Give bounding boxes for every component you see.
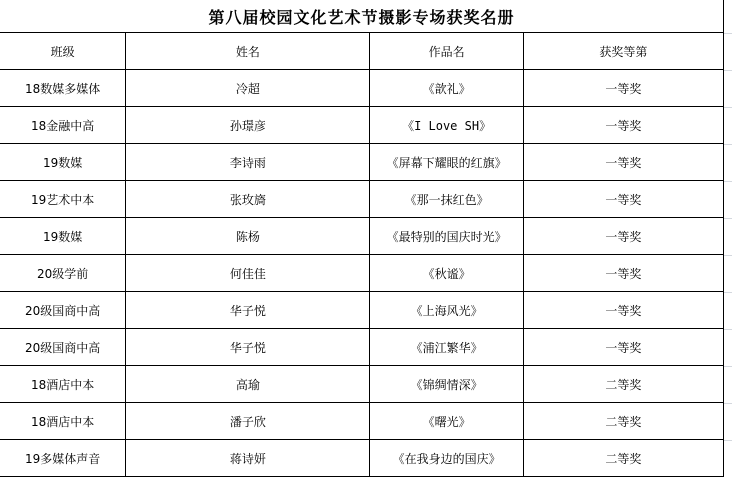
class-cell[interactable]: 19数媒 — [0, 218, 126, 255]
gridline — [724, 144, 732, 145]
adjacent-column-gridlines — [724, 0, 732, 477]
gridline — [724, 403, 732, 404]
work-cell[interactable]: 《那一抹红色》 — [370, 181, 523, 218]
name-cell[interactable]: 潘子欣 — [126, 403, 370, 440]
table-row: 19艺术中本 张玫旖 《那一抹红色》 一等奖 — [0, 181, 724, 218]
gridline — [724, 329, 732, 330]
name-cell[interactable]: 何佳佳 — [126, 255, 370, 292]
award-cell[interactable]: 一等奖 — [523, 329, 723, 366]
header-award[interactable]: 获奖等第 — [523, 33, 723, 70]
gridline — [724, 255, 732, 256]
award-cell[interactable]: 一等奖 — [523, 181, 723, 218]
work-cell[interactable]: 《最特别的国庆时光》 — [370, 218, 523, 255]
name-cell[interactable]: 张玫旖 — [126, 181, 370, 218]
name-cell[interactable]: 高瑜 — [126, 366, 370, 403]
work-cell[interactable]: 《锦绸情深》 — [370, 366, 523, 403]
work-cell[interactable]: 《上海风光》 — [370, 292, 523, 329]
header-row: 班级 姓名 作品名 获奖等第 — [0, 33, 724, 70]
name-cell[interactable]: 孙璟彦 — [126, 107, 370, 144]
spreadsheet: 第八届校园文化艺术节摄影专场获奖名册 班级 姓名 作品名 获奖等第 18数媒多媒… — [0, 0, 732, 477]
work-cell[interactable]: 《浦江繁华》 — [370, 329, 523, 366]
gridline — [724, 366, 732, 367]
name-cell[interactable]: 蒋诗妍 — [126, 440, 370, 477]
gridline — [724, 70, 732, 71]
table-row: 20级国商中高 华子悦 《上海风光》 一等奖 — [0, 292, 724, 329]
gridline — [724, 107, 732, 108]
award-cell[interactable]: 一等奖 — [523, 70, 723, 107]
table-row: 19多媒体声音 蒋诗妍 《在我身边的国庆》 二等奖 — [0, 440, 724, 477]
table-row: 18金融中高 孙璟彦 《I Love SH》 一等奖 — [0, 107, 724, 144]
gridline — [724, 218, 732, 219]
work-cell[interactable]: 《I Love SH》 — [370, 107, 523, 144]
name-cell[interactable]: 华子悦 — [126, 292, 370, 329]
class-cell[interactable]: 19数媒 — [0, 144, 126, 181]
table-row: 19数媒 陈杨 《最特别的国庆时光》 一等奖 — [0, 218, 724, 255]
award-cell[interactable]: 一等奖 — [523, 144, 723, 181]
header-name[interactable]: 姓名 — [126, 33, 370, 70]
award-cell[interactable]: 二等奖 — [523, 366, 723, 403]
table-row: 20级学前 何佳佳 《秋谧》 一等奖 — [0, 255, 724, 292]
gridline — [724, 33, 732, 34]
table-row: 20级国商中高 华子悦 《浦江繁华》 一等奖 — [0, 329, 724, 366]
award-cell[interactable]: 一等奖 — [523, 218, 723, 255]
sheet-title[interactable]: 第八届校园文化艺术节摄影专场获奖名册 — [0, 0, 724, 33]
class-cell[interactable]: 20级国商中高 — [0, 292, 126, 329]
table-row: 18酒店中本 潘子欣 《曙光》 二等奖 — [0, 403, 724, 440]
award-cell[interactable]: 二等奖 — [523, 403, 723, 440]
name-cell[interactable]: 华子悦 — [126, 329, 370, 366]
class-cell[interactable]: 18金融中高 — [0, 107, 126, 144]
award-cell[interactable]: 一等奖 — [523, 107, 723, 144]
class-cell[interactable]: 20级国商中高 — [0, 329, 126, 366]
class-cell[interactable]: 18酒店中本 — [0, 403, 126, 440]
work-cell[interactable]: 《秋谧》 — [370, 255, 523, 292]
table-row: 19数媒 李诗雨 《屏幕下耀眼的红旗》 一等奖 — [0, 144, 724, 181]
name-cell[interactable]: 冷超 — [126, 70, 370, 107]
class-cell[interactable]: 18酒店中本 — [0, 366, 126, 403]
work-cell[interactable]: 《歆礼》 — [370, 70, 523, 107]
name-cell[interactable]: 李诗雨 — [126, 144, 370, 181]
title-row: 第八届校园文化艺术节摄影专场获奖名册 — [0, 0, 724, 33]
class-cell[interactable]: 18数媒多媒体 — [0, 70, 126, 107]
award-cell[interactable]: 一等奖 — [523, 255, 723, 292]
award-roster-table: 第八届校园文化艺术节摄影专场获奖名册 班级 姓名 作品名 获奖等第 18数媒多媒… — [0, 0, 724, 477]
work-cell[interactable]: 《屏幕下耀眼的红旗》 — [370, 144, 523, 181]
work-cell[interactable]: 《在我身边的国庆》 — [370, 440, 523, 477]
class-cell[interactable]: 19多媒体声音 — [0, 440, 126, 477]
table-row: 18数媒多媒体 冷超 《歆礼》 一等奖 — [0, 70, 724, 107]
class-cell[interactable]: 19艺术中本 — [0, 181, 126, 218]
gridline — [724, 440, 732, 441]
gridline — [724, 292, 732, 293]
class-cell[interactable]: 20级学前 — [0, 255, 126, 292]
award-cell[interactable]: 二等奖 — [523, 440, 723, 477]
award-cell[interactable]: 一等奖 — [523, 292, 723, 329]
gridline — [724, 181, 732, 182]
work-cell[interactable]: 《曙光》 — [370, 403, 523, 440]
header-work[interactable]: 作品名 — [370, 33, 523, 70]
table-row: 18酒店中本 高瑜 《锦绸情深》 二等奖 — [0, 366, 724, 403]
header-class[interactable]: 班级 — [0, 33, 126, 70]
name-cell[interactable]: 陈杨 — [126, 218, 370, 255]
